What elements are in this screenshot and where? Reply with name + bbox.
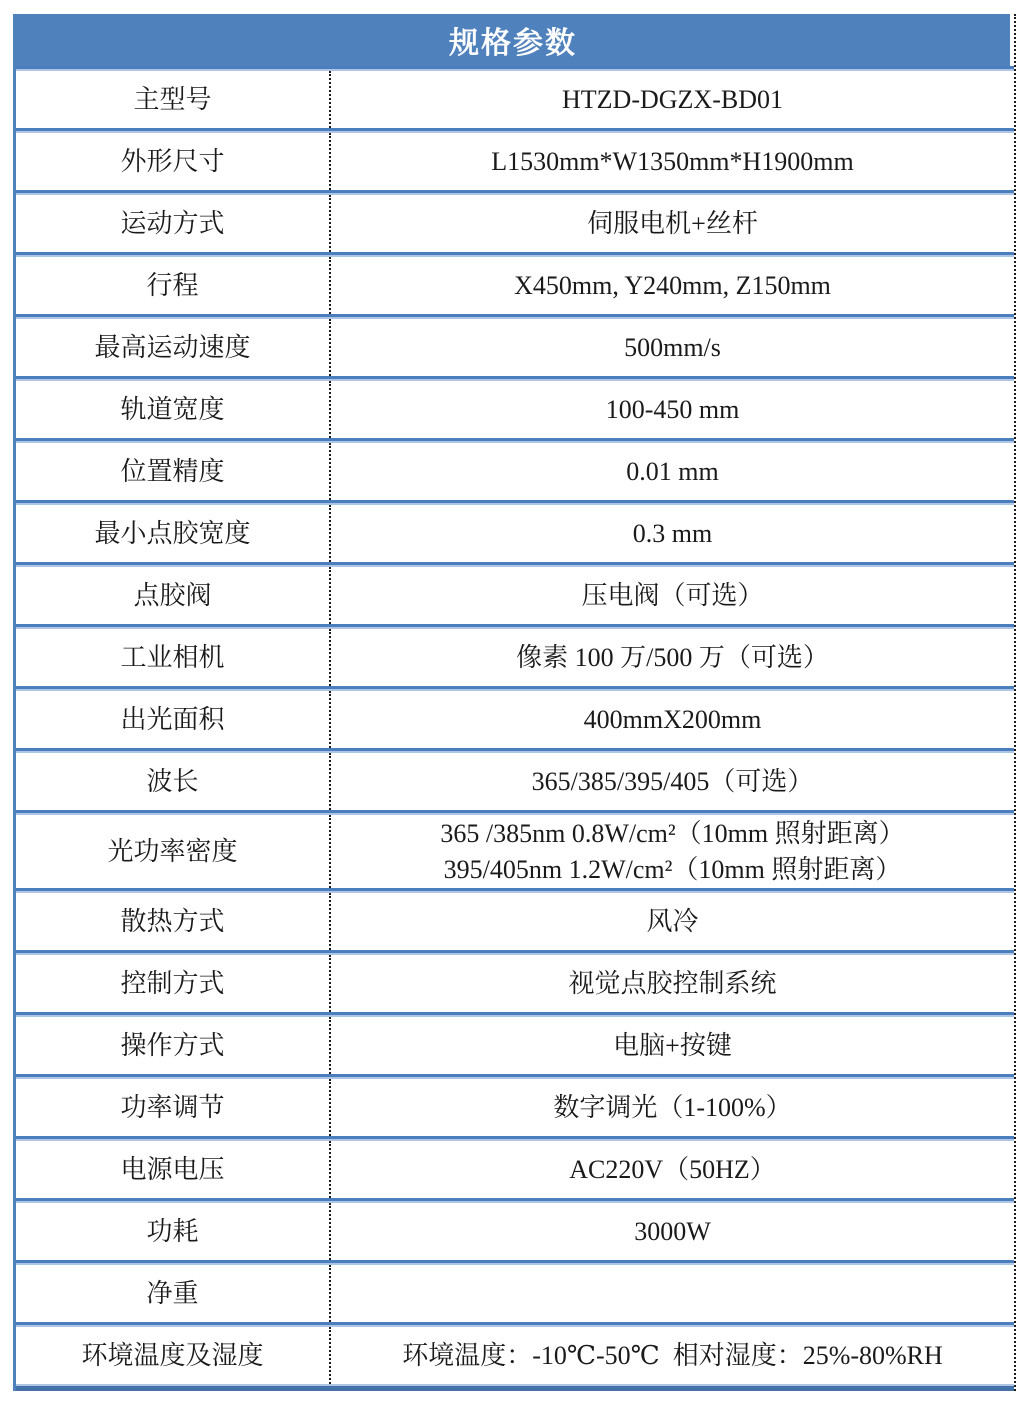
row-value: 500mm/s — [331, 319, 1014, 376]
row-label: 出光面积 — [16, 691, 331, 748]
row-value: 风冷 — [331, 893, 1014, 950]
row-value: AC220V（50HZ） — [331, 1141, 1014, 1198]
row-label: 净重 — [16, 1265, 331, 1322]
table-row: 光功率密度 365 /385nm 0.8W/cm²（10mm 照射距离） 395… — [16, 815, 1014, 888]
row-value: L1530mm*W1350mm*H1900mm — [331, 133, 1014, 190]
table-row: 点胶阀 压电阀（可选） — [16, 567, 1014, 624]
row-label: 环境温度及湿度 — [16, 1327, 331, 1384]
table-row: 运动方式 伺服电机+丝杆 — [16, 195, 1014, 252]
row-label: 控制方式 — [16, 955, 331, 1012]
table-row: 波长 365/385/395/405（可选） — [16, 753, 1014, 810]
table-row: 操作方式 电脑+按键 — [16, 1017, 1014, 1074]
row-value: 压电阀（可选） — [331, 567, 1014, 624]
table-row: 工业相机 像素 100 万/500 万（可选） — [16, 629, 1014, 686]
row-value: 0.01 mm — [331, 443, 1014, 500]
row-label: 功耗 — [16, 1203, 331, 1260]
table-row: 净重 — [16, 1265, 1014, 1322]
row-value: 视觉点胶控制系统 — [331, 955, 1014, 1012]
row-value: 100-450 mm — [331, 381, 1014, 438]
row-label: 电源电压 — [16, 1141, 331, 1198]
table-row: 环境温度及湿度 环境温度：-10℃-50℃ 相对湿度：25%-80%RH — [16, 1327, 1014, 1384]
table-row: 行程 X450mm, Y240mm, Z150mm — [16, 257, 1014, 314]
row-label: 运动方式 — [16, 195, 331, 252]
row-label: 波长 — [16, 753, 331, 810]
table-row: 功率调节 数字调光（1-100%） — [16, 1079, 1014, 1136]
table-row: 轨道宽度 100-450 mm — [16, 381, 1014, 438]
row-value: 0.3 mm — [331, 505, 1014, 562]
row-value: 400mmX200mm — [331, 691, 1014, 748]
table-title: 规格参数 — [16, 14, 1010, 66]
row-label: 位置精度 — [16, 443, 331, 500]
table-bottom-border — [16, 1384, 1014, 1391]
row-value: HTZD-DGZX-BD01 — [331, 71, 1014, 128]
row-label: 轨道宽度 — [16, 381, 331, 438]
row-value: 电脑+按键 — [331, 1017, 1014, 1074]
row-label: 最小点胶宽度 — [16, 505, 331, 562]
row-value: 3000W — [331, 1203, 1014, 1260]
row-value: 像素 100 万/500 万（可选） — [331, 629, 1014, 686]
table-row: 位置精度 0.01 mm — [16, 443, 1014, 500]
table-row: 出光面积 400mmX200mm — [16, 691, 1014, 748]
table-rows: 主型号 HTZD-DGZX-BD01 外形尺寸 L1530mm*W1350mm*… — [16, 66, 1014, 1384]
row-value — [331, 1265, 1014, 1322]
row-value: 365 /385nm 0.8W/cm²（10mm 照射距离） 395/405nm… — [331, 815, 1014, 888]
row-value: 数字调光（1-100%） — [331, 1079, 1014, 1136]
table-row: 最小点胶宽度 0.3 mm — [16, 505, 1014, 562]
table-row: 最高运动速度 500mm/s — [16, 319, 1014, 376]
row-label: 行程 — [16, 257, 331, 314]
row-label: 操作方式 — [16, 1017, 331, 1074]
table-row: 主型号 HTZD-DGZX-BD01 — [16, 71, 1014, 128]
row-value: 环境温度：-10℃-50℃ 相对湿度：25%-80%RH — [331, 1327, 1014, 1384]
row-label: 功率调节 — [16, 1079, 331, 1136]
row-label: 工业相机 — [16, 629, 331, 686]
row-label: 外形尺寸 — [16, 133, 331, 190]
table-row: 功耗 3000W — [16, 1203, 1014, 1260]
row-value: 365/385/395/405（可选） — [331, 753, 1014, 810]
table-row: 电源电压 AC220V（50HZ） — [16, 1141, 1014, 1198]
row-label: 主型号 — [16, 71, 331, 128]
row-value: X450mm, Y240mm, Z150mm — [331, 257, 1014, 314]
row-label: 散热方式 — [16, 893, 331, 950]
row-label: 最高运动速度 — [16, 319, 331, 376]
row-label: 点胶阀 — [16, 567, 331, 624]
table-row: 外形尺寸 L1530mm*W1350mm*H1900mm — [16, 133, 1014, 190]
row-value: 伺服电机+丝杆 — [331, 195, 1014, 252]
row-label: 光功率密度 — [16, 815, 331, 888]
spec-table: 规格参数 主型号 HTZD-DGZX-BD01 外形尺寸 L1530mm*W13… — [13, 14, 1016, 1391]
table-row: 控制方式 视觉点胶控制系统 — [16, 955, 1014, 1012]
table-row: 散热方式 风冷 — [16, 893, 1014, 950]
